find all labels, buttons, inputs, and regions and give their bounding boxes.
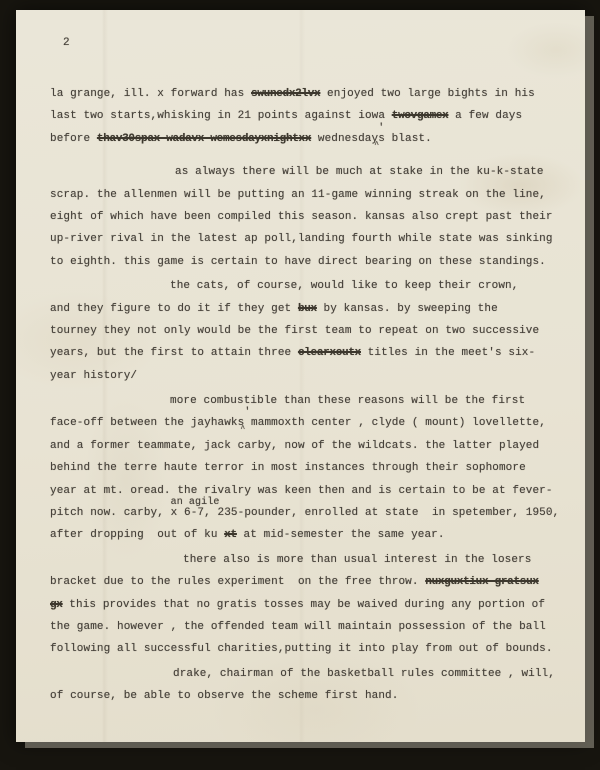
- typed-text-segment: drake, chairman of the basketball rules …: [173, 668, 555, 680]
- struck-out-text: nuxguxtiux gratsux: [425, 576, 538, 588]
- typed-line: scrap. the allenmen will be putting an 1…: [50, 184, 585, 206]
- paragraph: drake, chairman of the basketball rules …: [50, 663, 585, 708]
- typed-text-segment: mammoxth center , clyde ( mount) lovelle…: [244, 417, 546, 429]
- typed-text-segment: before: [50, 133, 97, 145]
- typed-line: years, but the first to attain three cle…: [50, 342, 585, 364]
- typed-text-segment: after dropping out of ku: [50, 529, 224, 541]
- typed-text-segment: la grange, ill. x forward has: [50, 88, 251, 100]
- typed-text-segment: years, but the first to attain three: [50, 347, 298, 359]
- typed-text-segment: scrap. the allenmen will be putting an 1…: [50, 189, 546, 201]
- struck-out-text: xt: [224, 529, 237, 541]
- typed-text-segment: x 6-7, 235-pounder, enrolled at state in…: [171, 507, 560, 519]
- typed-text-segment: face-off between the jayhawks: [50, 417, 244, 429]
- typed-text-segment: of course, be able to observe the scheme…: [50, 690, 398, 702]
- typed-text-segment: and a former teammate, jack carby, now o…: [50, 440, 539, 452]
- typed-line: bracket due to the rules experiment on t…: [50, 571, 585, 593]
- typed-line: pitch now. carby, an agilex 6-7, 235-pou…: [50, 502, 585, 524]
- typed-text-segment: at mid-semester the same year.: [237, 529, 445, 541]
- page-sheet: 2 la grange, ill. x forward has swunedx2…: [16, 10, 585, 742]
- typed-line: the cats, of course, would like to keep …: [50, 275, 585, 297]
- typed-line: to eighth. this game is certain to have …: [50, 251, 585, 273]
- typed-line: and they figure to do it if they get bux…: [50, 298, 585, 320]
- typed-text-segment: s blast.: [378, 133, 432, 145]
- struck-out-text: twovgamex: [392, 110, 449, 122]
- typed-line: year history/: [50, 365, 585, 387]
- photo-backdrop: { "theme": { "ink": "#46413a", "paper": …: [0, 0, 600, 770]
- paragraph: the cats, of course, would like to keep …: [50, 275, 585, 387]
- typed-text-segment: up-river rival in the latest ap poll,lan…: [50, 233, 553, 245]
- typed-text-segment: there also is more than usual interest i…: [183, 554, 531, 566]
- typed-line: behind the terre haute terror in most in…: [50, 457, 585, 479]
- typed-line: year at mt. oread. the rivalry was keen …: [50, 480, 585, 502]
- typed-text-segment: behind the terre haute terror in most in…: [50, 462, 526, 474]
- typed-text-segment: enjoyed two large bights in his: [320, 88, 534, 100]
- typed-text-segment: the cats, of course, would like to keep …: [170, 280, 518, 292]
- page-number: 2: [63, 36, 585, 51]
- insertion-caret: ^: [374, 135, 379, 157]
- paragraph: as always there will be much at stake in…: [50, 161, 585, 273]
- typed-line: following all successful charities,putti…: [50, 638, 585, 660]
- typed-text-segment: titles in the meet's six-: [361, 347, 535, 359]
- typed-line: last two starts,whisking in 21 points ag…: [50, 105, 585, 127]
- typed-line: and a former teammate, jack carby, now o…: [50, 435, 585, 457]
- typed-text-segment: pitch now. carby,: [50, 507, 171, 519]
- typed-text-segment: wednesday: [311, 133, 378, 145]
- typed-text-segment: and they figure to do it if they get: [50, 303, 298, 315]
- typed-line: more combustible than these reasons will…: [50, 390, 585, 412]
- paragraph: more combustible than these reasons will…: [50, 390, 585, 547]
- struck-out-text: clearxcutx: [298, 347, 361, 359]
- paragraph: there also is more than usual interest i…: [50, 549, 585, 661]
- typed-line: eight of which have been compiled this s…: [50, 206, 585, 228]
- typed-line: there also is more than usual interest i…: [50, 549, 585, 571]
- typed-line: tourney they not only would be the first…: [50, 320, 585, 342]
- typed-line: the game. however , the offended team wi…: [50, 616, 585, 638]
- inserted-text: ': [244, 402, 250, 424]
- struck-out-text: swunedx2lvx: [251, 88, 320, 100]
- inserted-text: ': [378, 118, 384, 140]
- typed-text-segment: more combustible than these reasons will…: [170, 395, 525, 407]
- struck-out-text: bux: [298, 303, 317, 315]
- typed-line: of course, be able to observe the scheme…: [50, 685, 585, 707]
- typed-text-segment: eight of which have been compiled this s…: [50, 211, 553, 223]
- typed-text-segment: bracket due to the rules experiment on t…: [50, 576, 425, 588]
- typed-text-segment: this provides that no gratis tosses may …: [63, 599, 545, 611]
- typed-line: la grange, ill. x forward has swunedx2lv…: [50, 83, 585, 105]
- typed-text-segment: last two starts,whisking in 21 points ag…: [50, 110, 392, 122]
- inserted-text: an agile: [171, 492, 220, 514]
- typed-line: drake, chairman of the basketball rules …: [50, 663, 585, 685]
- typed-line: gx this provides that no gratis tosses m…: [50, 594, 585, 616]
- typed-text-segment: as always there will be much at stake in…: [175, 166, 544, 178]
- paragraph: la grange, ill. x forward has swunedx2lv…: [50, 83, 585, 150]
- page-content: 2 la grange, ill. x forward has swunedx2…: [16, 10, 585, 708]
- typed-text-segment: year history/: [50, 370, 137, 382]
- typed-line: after dropping out of ku xt at mid-semes…: [50, 524, 585, 546]
- struck-out-text: thav30spax wadavx wemesdayxnightxx: [97, 133, 311, 145]
- typed-text-segment: year at mt. oread. the rivalry was keen …: [50, 485, 553, 497]
- typed-line: face-off between the jayhawks'^ mammoxth…: [50, 412, 585, 434]
- typed-text-segment: to eighth. this game is certain to have …: [50, 256, 546, 268]
- typed-text-segment: following all successful charities,putti…: [50, 643, 553, 655]
- typed-text-segment: the game. however , the offended team wi…: [50, 621, 546, 633]
- typed-line: as always there will be much at stake in…: [50, 161, 585, 183]
- typed-line: before thav30spax wadavx wemesdayxnightx…: [50, 128, 585, 150]
- struck-out-text: gx: [50, 599, 63, 611]
- typed-text-segment: tourney they not only would be the first…: [50, 325, 539, 337]
- typed-text: la grange, ill. x forward has swunedx2lv…: [50, 83, 585, 708]
- typed-text-segment: by kansas. by sweeping the: [317, 303, 498, 315]
- typed-text-segment: a few days: [448, 110, 522, 122]
- typed-line: up-river rival in the latest ap poll,lan…: [50, 228, 585, 250]
